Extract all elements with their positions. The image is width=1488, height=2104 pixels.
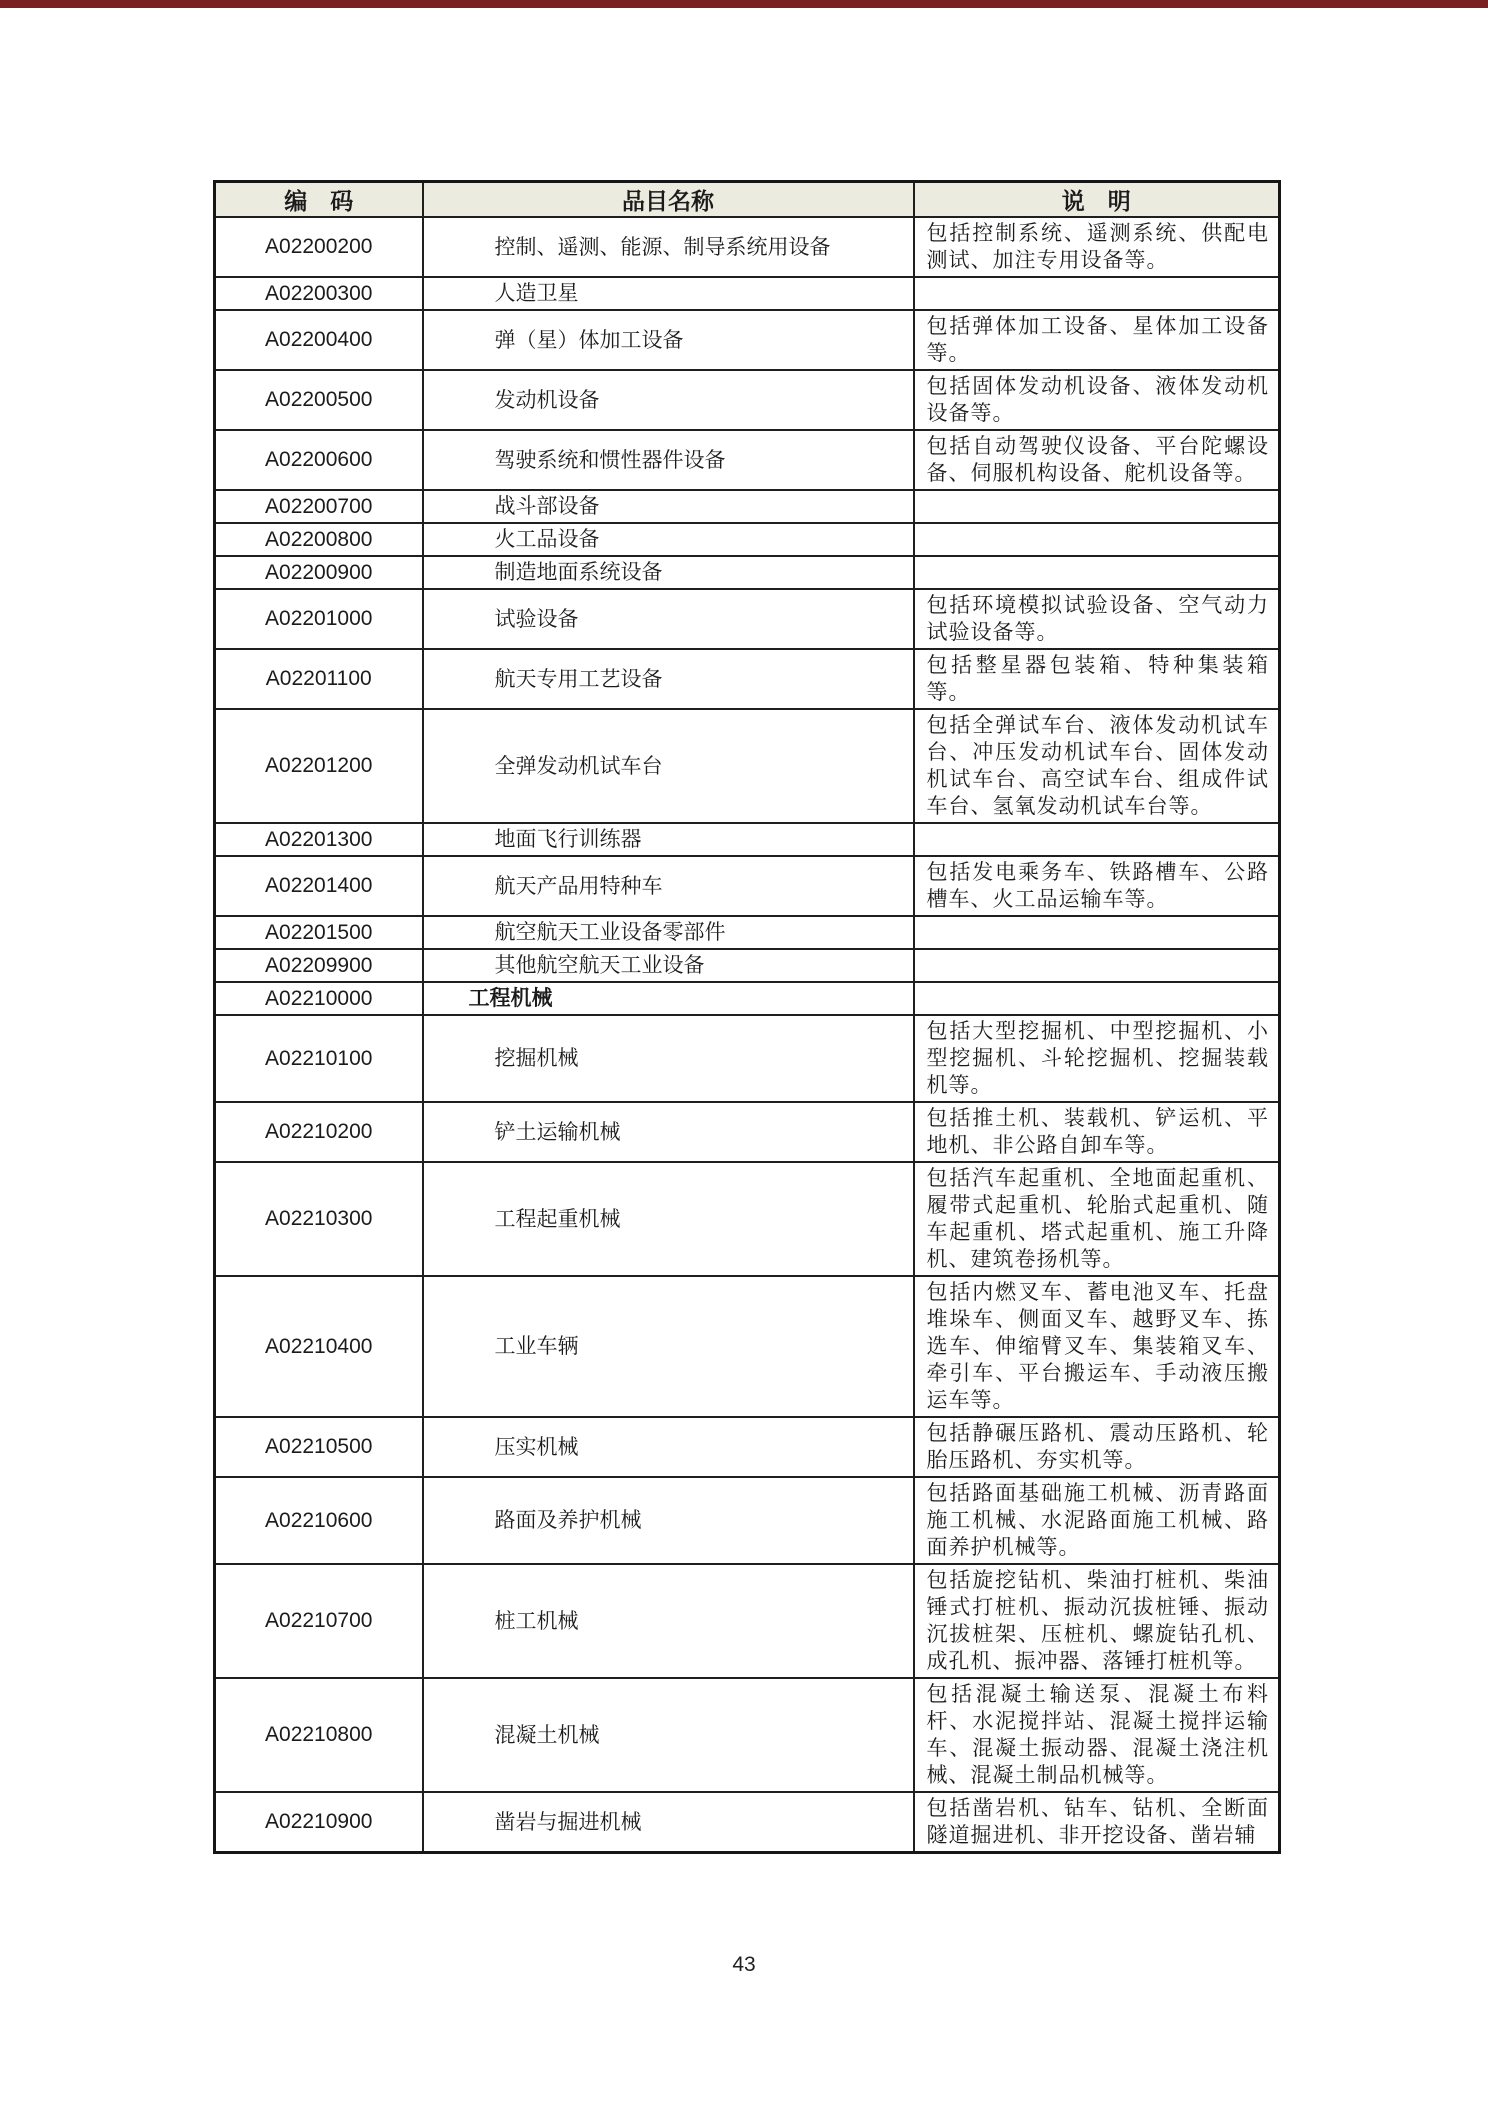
table-row: A02201100航天专用工艺设备包括整星器包装箱、特种集装箱等。: [215, 649, 1280, 709]
page-top-edge-strip: [0, 0, 1488, 8]
code-cell: A02210100: [215, 1015, 423, 1102]
description-cell: 包括弹体加工设备、星体加工设备等。: [914, 310, 1280, 370]
description-cell: 包括凿岩机、钻车、钻机、全断面隧道掘进机、非开挖设备、凿岩辅: [914, 1792, 1280, 1853]
code-cell: A02201400: [215, 856, 423, 916]
code-cell: A02210800: [215, 1678, 423, 1792]
item-name-cell: 路面及养护机械: [423, 1477, 914, 1564]
item-name-cell: 全弹发动机试车台: [423, 709, 914, 823]
description-cell: 包括汽车起重机、全地面起重机、履带式起重机、轮胎式起重机、随车起重机、塔式起重机…: [914, 1162, 1280, 1276]
table-row: A02200800火工品设备: [215, 523, 1280, 556]
column-header-item-name: 品目名称: [423, 182, 914, 218]
code-cell: A02200800: [215, 523, 423, 556]
code-cell: A02210900: [215, 1792, 423, 1853]
description-cell: 包括旋挖钻机、柴油打桩机、柴油锤式打桩机、振动沉拔桩锤、振动沉拔桩架、压桩机、螺…: [914, 1564, 1280, 1678]
code-cell: A02200700: [215, 490, 423, 523]
table-row: A02200300人造卫星: [215, 277, 1280, 310]
description-cell: 包括发电乘务车、铁路槽车、公路槽车、火工品运输车等。: [914, 856, 1280, 916]
code-cell: A02201300: [215, 823, 423, 856]
item-name-cell: 发动机设备: [423, 370, 914, 430]
code-cell: A02200900: [215, 556, 423, 589]
page-number: 43: [0, 1953, 1488, 1977]
table-row: A02200700战斗部设备: [215, 490, 1280, 523]
description-cell: [914, 982, 1280, 1015]
table-row: A02201200全弹发动机试车台包括全弹试车台、液体发动机试车台、冲压发动机试…: [215, 709, 1280, 823]
classification-table: 编 码 品目名称 说 明 A02200200控制、遥测、能源、制导系统用设备包括…: [213, 180, 1281, 1854]
code-cell: A02210600: [215, 1477, 423, 1564]
item-name-cell: 制造地面系统设备: [423, 556, 914, 589]
description-cell: [914, 523, 1280, 556]
item-name-cell: 航空航天工业设备零部件: [423, 916, 914, 949]
item-name-cell: 桩工机械: [423, 1564, 914, 1678]
description-cell: 包括控制系统、遥测系统、供配电测试、加注专用设备等。: [914, 217, 1280, 277]
table-row: A02201300地面飞行训练器: [215, 823, 1280, 856]
table-row: A02200200控制、遥测、能源、制导系统用设备包括控制系统、遥测系统、供配电…: [215, 217, 1280, 277]
table-row: A02210000工程机械: [215, 982, 1280, 1015]
item-name-cell: 工程起重机械: [423, 1162, 914, 1276]
description-cell: [914, 277, 1280, 310]
code-cell: A02201200: [215, 709, 423, 823]
table-row: A02209900其他航空航天工业设备: [215, 949, 1280, 982]
description-text-clipped: 包括凿岩机、钻车、钻机、全断面隧道掘进机、非开挖设备、凿岩辅: [927, 1795, 1270, 1849]
description-cell: 包括静碾压路机、震动压路机、轮胎压路机、夯实机等。: [914, 1417, 1280, 1477]
item-name-cell: 人造卫星: [423, 277, 914, 310]
item-name-cell: 试验设备: [423, 589, 914, 649]
item-name-cell: 航天专用工艺设备: [423, 649, 914, 709]
code-cell: A02200300: [215, 277, 423, 310]
description-cell: 包括整星器包装箱、特种集装箱等。: [914, 649, 1280, 709]
item-name-cell: 挖掘机械: [423, 1015, 914, 1102]
table-row: A02210300工程起重机械包括汽车起重机、全地面起重机、履带式起重机、轮胎式…: [215, 1162, 1280, 1276]
table-row: A02201400航天产品用特种车包括发电乘务车、铁路槽车、公路槽车、火工品运输…: [215, 856, 1280, 916]
code-cell: A02201500: [215, 916, 423, 949]
table-header-row: 编 码 品目名称 说 明: [215, 182, 1280, 218]
description-cell: 包括自动驾驶仪设备、平台陀螺设备、伺服机构设备、舵机设备等。: [914, 430, 1280, 490]
item-name-cell: 凿岩与掘进机械: [423, 1792, 914, 1853]
item-name-cell: 其他航空航天工业设备: [423, 949, 914, 982]
table-row: A02210200铲土运输机械包括推土机、装载机、铲运机、平地机、非公路自卸车等…: [215, 1102, 1280, 1162]
description-cell: 包括混凝土输送泵、混凝土布料杆、水泥搅拌站、混凝土搅拌运输车、混凝土振动器、混凝…: [914, 1678, 1280, 1792]
table-row: A02200600驾驶系统和惯性器件设备包括自动驾驶仪设备、平台陀螺设备、伺服机…: [215, 430, 1280, 490]
description-cell: [914, 916, 1280, 949]
description-cell: [914, 490, 1280, 523]
table-row: A02210800混凝土机械包括混凝土输送泵、混凝土布料杆、水泥搅拌站、混凝土搅…: [215, 1678, 1280, 1792]
code-cell: A02210700: [215, 1564, 423, 1678]
description-cell: 包括内燃叉车、蓄电池叉车、托盘堆垛车、侧面叉车、越野叉车、拣选车、伸缩臂叉车、集…: [914, 1276, 1280, 1417]
table-row: A02201500航空航天工业设备零部件: [215, 916, 1280, 949]
table-row: A02210900凿岩与掘进机械包括凿岩机、钻车、钻机、全断面隧道掘进机、非开挖…: [215, 1792, 1280, 1853]
item-name-cell: 混凝土机械: [423, 1678, 914, 1792]
code-cell: A02201000: [215, 589, 423, 649]
table-row: A02210400工业车辆包括内燃叉车、蓄电池叉车、托盘堆垛车、侧面叉车、越野叉…: [215, 1276, 1280, 1417]
item-name-cell: 控制、遥测、能源、制导系统用设备: [423, 217, 914, 277]
item-name-cell: 战斗部设备: [423, 490, 914, 523]
code-cell: A02210500: [215, 1417, 423, 1477]
description-cell: [914, 823, 1280, 856]
table-row: A02200400弹（星）体加工设备包括弹体加工设备、星体加工设备等。: [215, 310, 1280, 370]
description-cell: 包括推土机、装载机、铲运机、平地机、非公路自卸车等。: [914, 1102, 1280, 1162]
table-row: A02210600路面及养护机械包括路面基础施工机械、沥青路面施工机械、水泥路面…: [215, 1477, 1280, 1564]
code-cell: A02209900: [215, 949, 423, 982]
item-name-cell: 弹（星）体加工设备: [423, 310, 914, 370]
table-row: A02201000试验设备包括环境模拟试验设备、空气动力试验设备等。: [215, 589, 1280, 649]
item-name-cell: 火工品设备: [423, 523, 914, 556]
item-name-cell: 工业车辆: [423, 1276, 914, 1417]
item-name-cell: 驾驶系统和惯性器件设备: [423, 430, 914, 490]
column-header-code: 编 码: [215, 182, 423, 218]
column-header-description: 说 明: [914, 182, 1280, 218]
code-cell: A02200600: [215, 430, 423, 490]
table-row: A02200900制造地面系统设备: [215, 556, 1280, 589]
description-cell: 包括固体发动机设备、液体发动机设备等。: [914, 370, 1280, 430]
item-name-cell: 地面飞行训练器: [423, 823, 914, 856]
item-name-cell: 航天产品用特种车: [423, 856, 914, 916]
description-cell: [914, 556, 1280, 589]
description-cell: 包括全弹试车台、液体发动机试车台、冲压发动机试车台、固体发动机试车台、高空试车台…: [914, 709, 1280, 823]
code-cell: A02200500: [215, 370, 423, 430]
item-name-cell: 压实机械: [423, 1417, 914, 1477]
table-row: A02210100挖掘机械包括大型挖掘机、中型挖掘机、小型挖掘机、斗轮挖掘机、挖…: [215, 1015, 1280, 1102]
table-row: A02200500发动机设备包括固体发动机设备、液体发动机设备等。: [215, 370, 1280, 430]
code-cell: A02200200: [215, 217, 423, 277]
table-row: A02210500压实机械包括静碾压路机、震动压路机、轮胎压路机、夯实机等。: [215, 1417, 1280, 1477]
code-cell: A02210400: [215, 1276, 423, 1417]
code-cell: A02210300: [215, 1162, 423, 1276]
code-cell: A02210000: [215, 982, 423, 1015]
description-cell: 包括路面基础施工机械、沥青路面施工机械、水泥路面施工机械、路面养护机械等。: [914, 1477, 1280, 1564]
code-cell: A02200400: [215, 310, 423, 370]
description-cell: 包括环境模拟试验设备、空气动力试验设备等。: [914, 589, 1280, 649]
description-cell: 包括大型挖掘机、中型挖掘机、小型挖掘机、斗轮挖掘机、挖掘装载机等。: [914, 1015, 1280, 1102]
code-cell: A02201100: [215, 649, 423, 709]
item-name-cell: 铲土运输机械: [423, 1102, 914, 1162]
code-cell: A02210200: [215, 1102, 423, 1162]
item-name-cell: 工程机械: [423, 982, 914, 1015]
description-cell: [914, 949, 1280, 982]
table-row: A02210700桩工机械包括旋挖钻机、柴油打桩机、柴油锤式打桩机、振动沉拔桩锤…: [215, 1564, 1280, 1678]
